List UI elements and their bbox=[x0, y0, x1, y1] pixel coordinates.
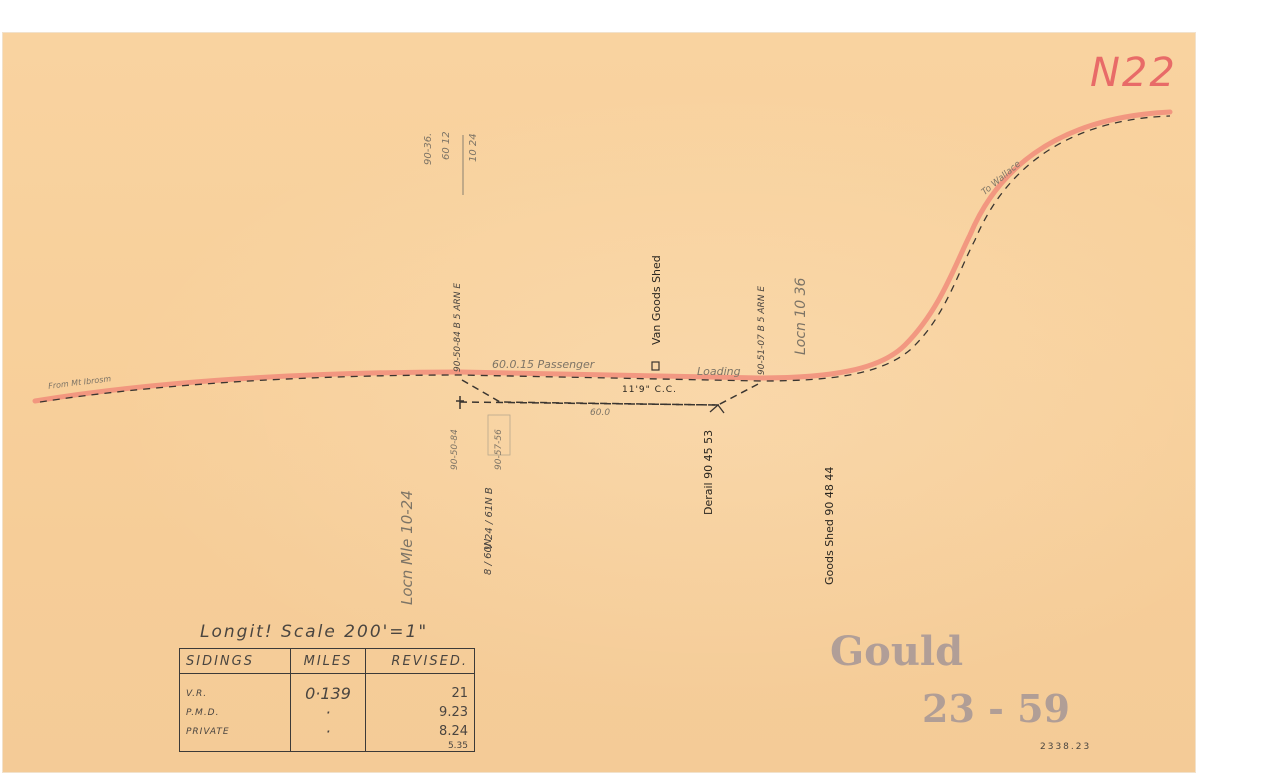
chain-b-label: 90-57-56 bbox=[494, 429, 504, 470]
locn-right-label: Locn 10 36 bbox=[793, 278, 809, 355]
derail-marker bbox=[710, 405, 724, 413]
table-row: PRIVATE · 8.24 bbox=[180, 722, 475, 741]
siding-lower-label: 60.0 bbox=[590, 408, 610, 418]
loading-label: Loading bbox=[697, 365, 741, 378]
goods-shed-centre-label: Goods Shed 90 48 44 bbox=[823, 467, 836, 585]
derail-label: Derail 90 45 53 bbox=[702, 430, 715, 515]
main-line-highlight bbox=[35, 112, 1170, 401]
fraction-b-label: V 24 / 61N B bbox=[484, 487, 495, 550]
chain-a-label: 90-50-84 bbox=[450, 429, 460, 470]
table-row: P.M.D. · 9.23 bbox=[180, 703, 475, 722]
table-row: 5.35 bbox=[180, 741, 475, 752]
header-miles: MILES bbox=[291, 649, 366, 674]
points-b-label: 90-51-07 B 5 ARN E bbox=[757, 286, 767, 375]
sidings-table: SIDINGS MILES REVISED. V.R. 0·139 21 P.M… bbox=[179, 648, 475, 752]
siding-revised: 9.23 bbox=[366, 703, 475, 722]
passenger-label: 60.0.15 Passenger bbox=[492, 358, 594, 371]
revised-extra: 5.35 bbox=[366, 741, 475, 752]
goods-shed-label: Van Goods Shed bbox=[650, 255, 663, 345]
top-pencil-note-1: 90-36. bbox=[423, 133, 434, 165]
stamp-number: 23 - 59 bbox=[922, 686, 1070, 731]
siding-revised: 21 bbox=[366, 674, 475, 704]
table-row: V.R. 0·139 21 bbox=[180, 674, 475, 704]
points-a-label: 90-50-84 B 5 ARN E bbox=[453, 283, 463, 372]
locn-left-label: Locn Mle 10-24 bbox=[398, 490, 416, 605]
siding-revised: 8.24 bbox=[366, 722, 475, 741]
siding-name: PRIVATE bbox=[180, 722, 291, 741]
header-sidings: SIDINGS bbox=[180, 649, 291, 674]
siding-miles: · bbox=[291, 703, 366, 722]
siding-miles: · bbox=[291, 722, 366, 741]
sheet-code: N22 bbox=[1090, 50, 1177, 96]
header-revised: REVISED. bbox=[366, 649, 475, 674]
goods-shed-marker bbox=[652, 362, 659, 370]
top-pencil-note-2: 60 12 bbox=[441, 131, 452, 160]
main-line-track bbox=[40, 116, 1170, 402]
scale-title: Longit! Scale 200'=1" bbox=[200, 622, 428, 642]
station-stamp: Gould bbox=[830, 628, 963, 675]
siding-miles: 0·139 bbox=[291, 674, 366, 704]
document-number: 2338.23 bbox=[1040, 742, 1091, 752]
siding-name: P.M.D. bbox=[180, 703, 291, 722]
top-pencil-note-3: 10 24 bbox=[468, 133, 479, 162]
siding-length-label: 11'9" C.C. bbox=[622, 385, 677, 395]
siding-name: V.R. bbox=[180, 674, 291, 704]
siding-track bbox=[462, 380, 762, 405]
